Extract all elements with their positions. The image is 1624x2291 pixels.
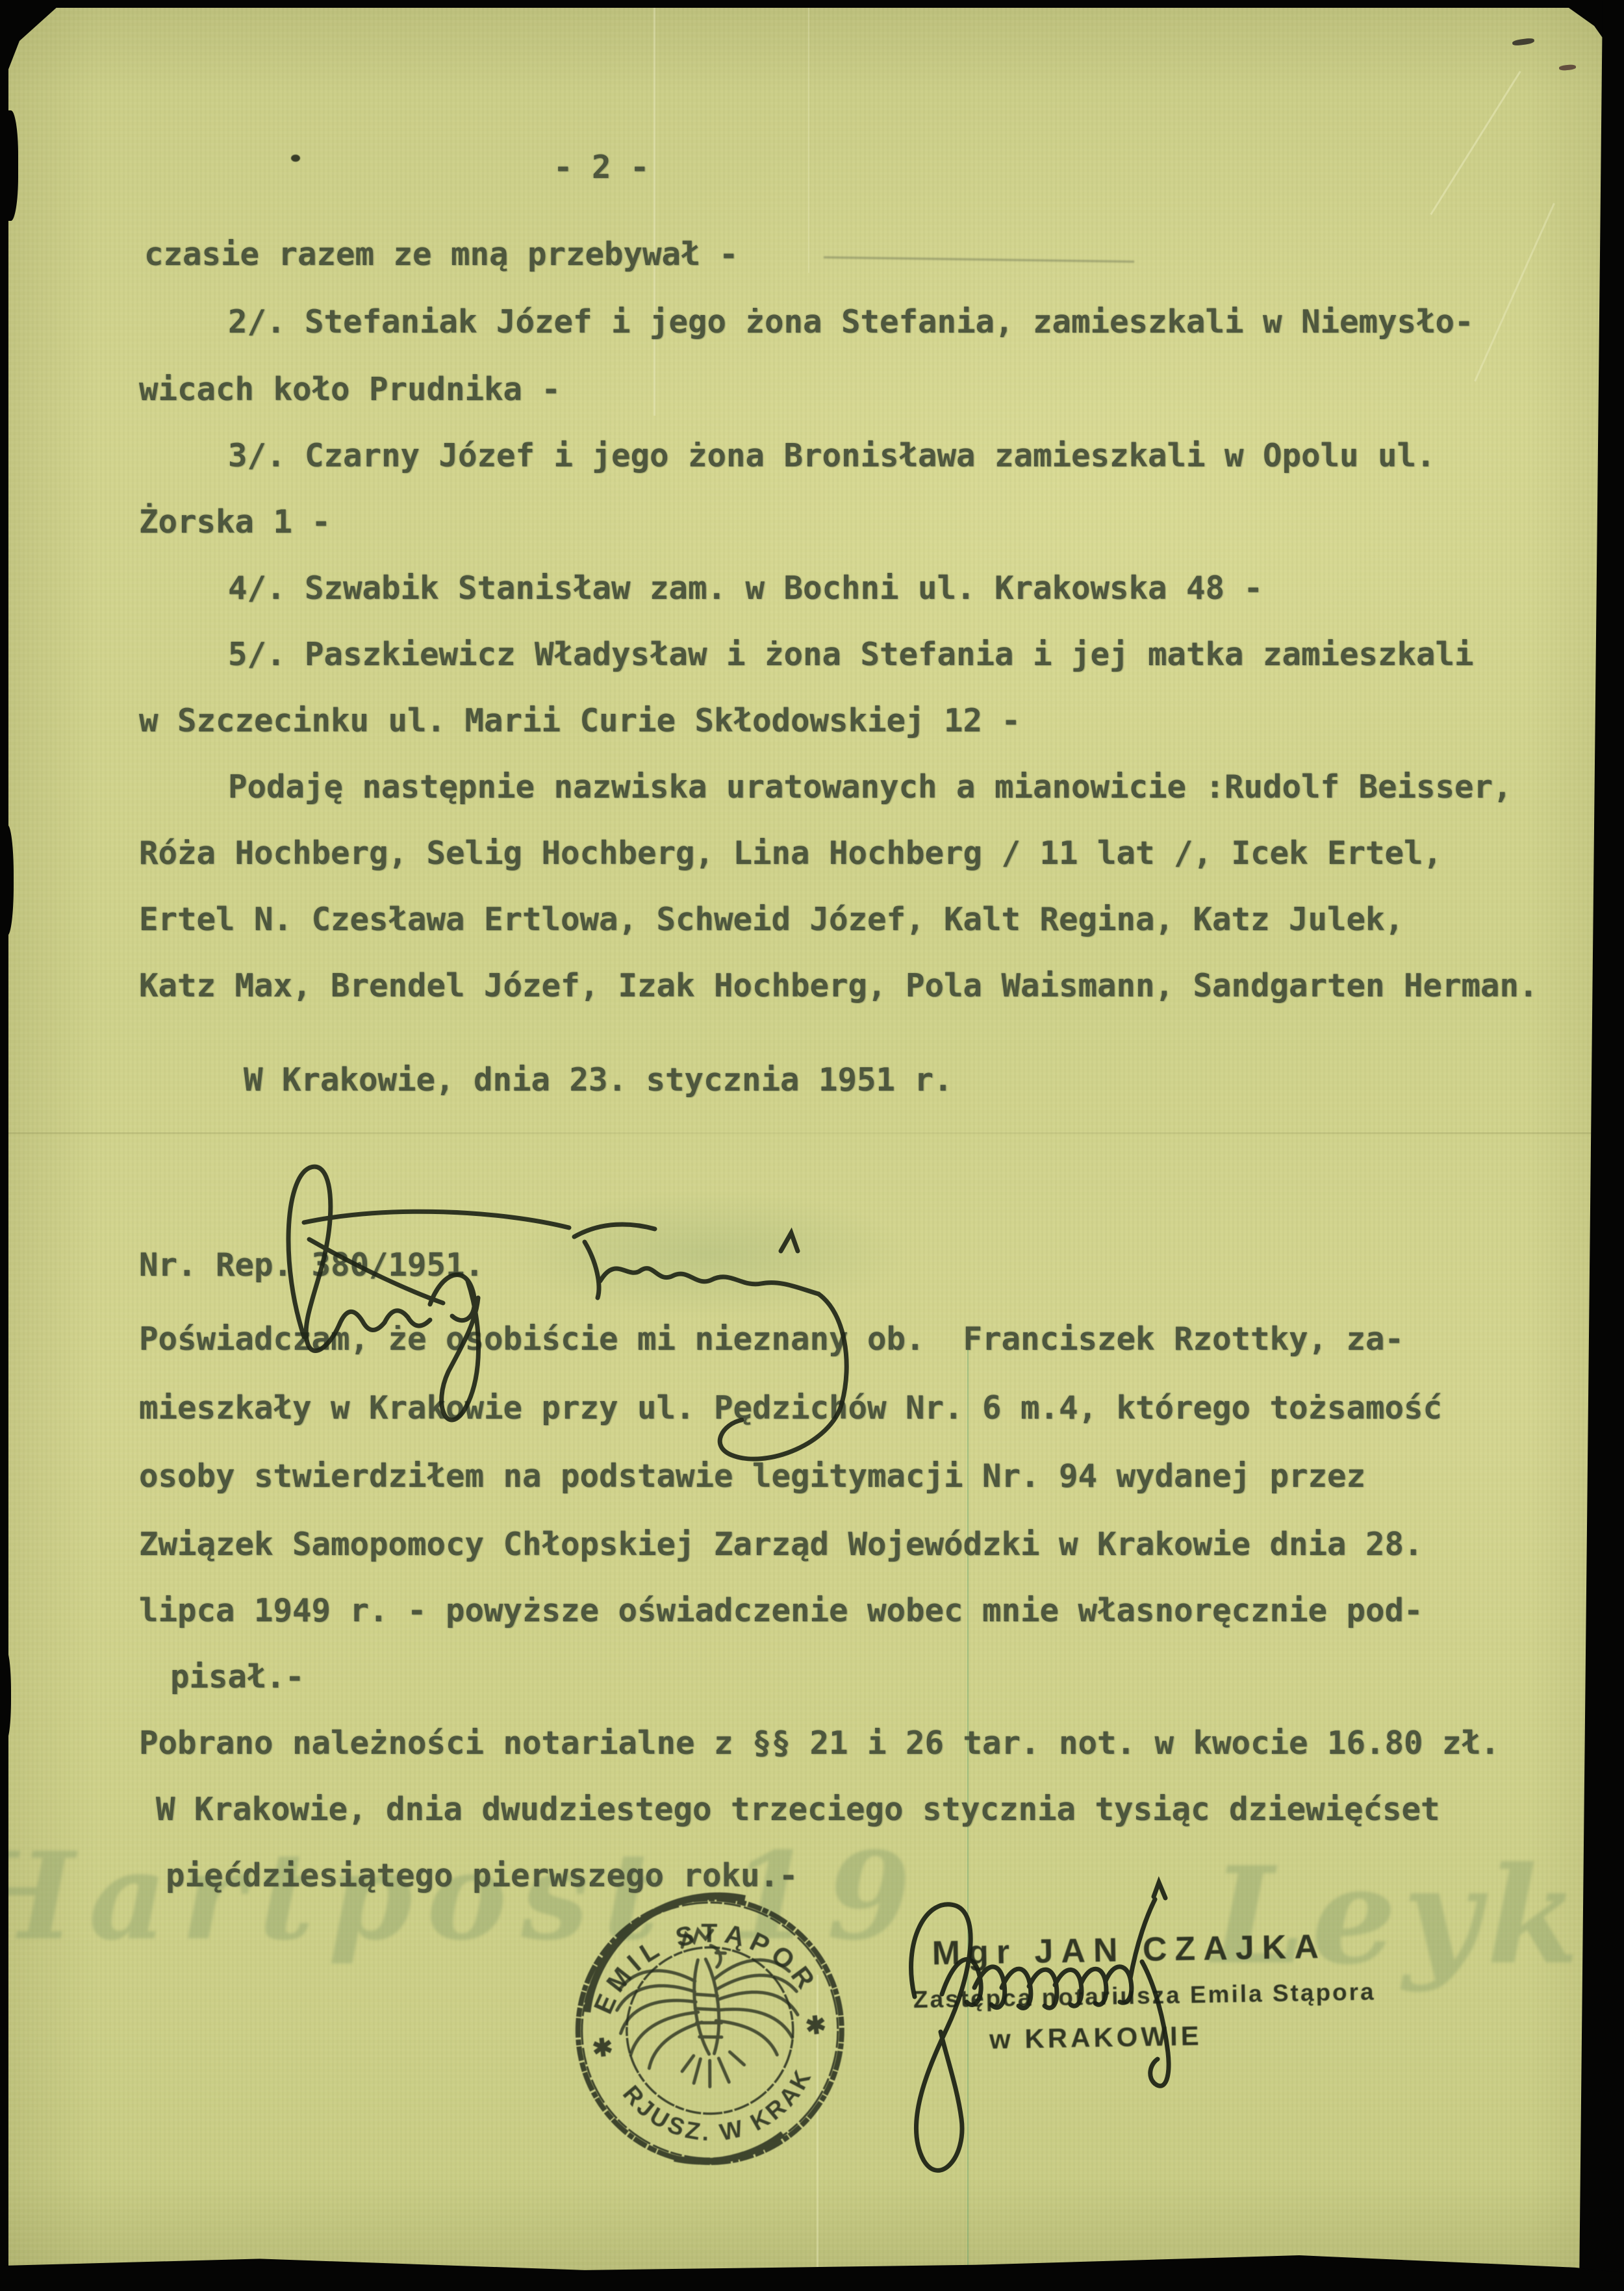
scan-edge-top: [0, 0, 1624, 8]
scan-edge-left-blob: [0, 1650, 11, 1741]
typed-line: czasie razem ze mną przebywał -: [144, 235, 739, 274]
typed-line-dateline: W Krakowie, dnia 23. stycznia 1951 r.: [244, 1061, 953, 1100]
document-scan: Hartpost 19 Leykam - 2 - czasie razem ze…: [0, 0, 1624, 2291]
page-number: - 2 -: [553, 148, 650, 187]
typed-line: 3/. Czarny Józef i jego żona Bronisława …: [228, 437, 1436, 475]
typed-line: 5/. Paszkiewicz Władysław i żona Stefani…: [228, 635, 1474, 674]
seal-star-right: ✱: [804, 2011, 828, 2040]
typed-line: Żorska 1 -: [139, 503, 331, 542]
typed-line: Katz Max, Brendel Józef, Izak Hochberg, …: [139, 967, 1538, 1006]
typed-line: Róża Hochberg, Selig Hochberg, Lina Hoch…: [139, 834, 1442, 873]
scan-edge-left-blob: [0, 110, 18, 221]
handwritten-signature-czajka: [864, 1858, 1280, 2209]
scan-edge-left: [0, 0, 8, 2291]
typed-line: Pobrano należności notarialne z §§ 21 i …: [139, 1724, 1500, 1763]
typed-line: 2/. Stefaniak Józef i jego żona Stefania…: [228, 303, 1474, 342]
typed-line: W Krakowie, dnia dwudziestego trzeciego …: [156, 1790, 1440, 1829]
svg-text:NOTARJUSZ. W KRAKOWIE: NOTARJUSZ. W KRAKOWIE: [534, 1851, 824, 2162]
typed-line: 4/. Szwabik Stanisław zam. w Bochni ul. …: [228, 569, 1263, 608]
typed-line: Podaję następnie nazwiska uratowanych a …: [228, 768, 1512, 807]
notary-seal-stamp: EMIL STĄPOR NOTARJUSZ. W KRAKOWIE ✱ ✱: [549, 1868, 871, 2196]
seal-bottom-arc-text: NOTARJUSZ. W KRAKOWIE: [534, 1851, 824, 2162]
scan-edge-left-blob: [0, 825, 14, 935]
typed-line: w Szczecinku ul. Marii Curie Skłodowskie…: [139, 702, 1021, 740]
typed-line: pisał.-: [170, 1658, 305, 1697]
typed-line: wicach koło Prudnika -: [139, 370, 561, 409]
handwritten-signature-rzottky: [247, 1130, 896, 1520]
typed-line: lipca 1949 r. - powyższe oświadczenie wo…: [139, 1591, 1423, 1630]
typed-line: Ertel N. Czesława Ertlowa, Schweid Józef…: [139, 900, 1404, 939]
seal-star-left: ✱: [591, 2034, 615, 2063]
typed-line: Związek Samopomocy Chłopskiej Zarząd Woj…: [139, 1525, 1423, 1564]
